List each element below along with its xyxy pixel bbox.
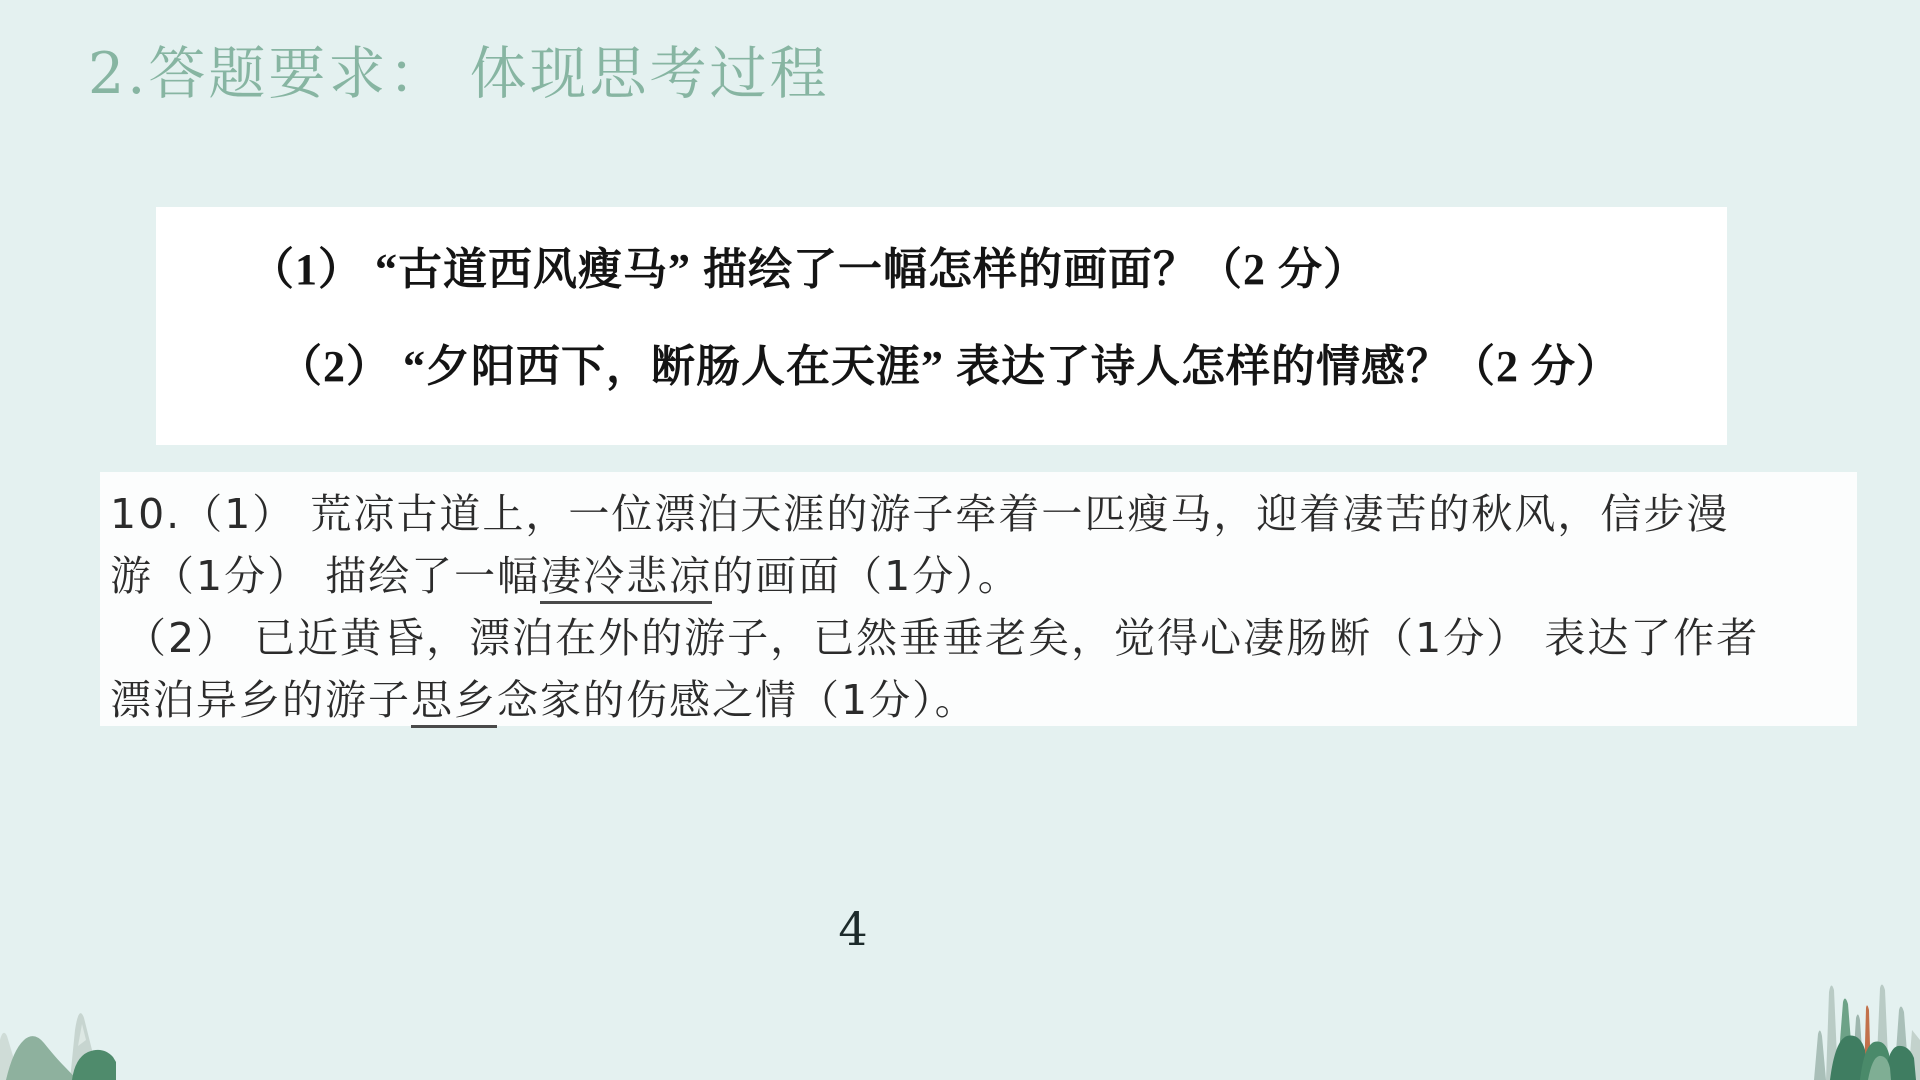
answer-line-4-underlined-term: 思乡 — [411, 676, 497, 728]
answer-box: 10.（1） 荒凉古道上，一位漂泊天涯的游子牵着一匹瘦马，迎着凄苦的秋风，信步漫… — [100, 472, 1857, 726]
answer-line-2-post: 的画面（1分）。 — [712, 552, 1021, 600]
answer-line-2: 游（1分） 描绘了一幅凄冷悲凉的画面（1分）。 — [110, 545, 1839, 607]
watercolor-mountains-bottom-left — [0, 988, 122, 1080]
question-box: （1） “古道西风瘦马” 描绘了一幅怎样的画面？（2 分） （2） “夕阳西下，… — [156, 207, 1727, 445]
answer-line-2-underlined-term: 凄冷悲凉 — [540, 552, 712, 604]
page-number: 4 — [808, 902, 898, 956]
slide-title: 2.答题要求： 体现思考过程 — [88, 28, 830, 110]
question-2: （2） “夕阳西下，断肠人在天涯” 表达了诗人怎样的情感？（2 分） — [278, 338, 1697, 395]
answer-line-1: 10.（1） 荒凉古道上，一位漂泊天涯的游子牵着一匹瘦马，迎着凄苦的秋风，信步漫 — [110, 483, 1839, 545]
answer-line-2-pre: 游（1分） 描绘了一幅 — [110, 552, 540, 600]
question-1: （1） “古道西风瘦马” 描绘了一幅怎样的画面？（2 分） — [250, 241, 1697, 298]
answer-line-4: 漂泊异乡的游子思乡念家的伤感之情（1分）。 — [110, 669, 1839, 731]
answer-line-3: （2） 已近黄昏，漂泊在外的游子，已然垂垂老矣，觉得心凄肠断（1分） 表达了作者 — [110, 607, 1839, 669]
slide-canvas: 2.答题要求： 体现思考过程 （1） “古道西风瘦马” 描绘了一幅怎样的画面？（… — [0, 0, 1920, 1080]
watercolor-trees-bottom-right — [1808, 978, 1920, 1080]
answer-line-4-post: 念家的伤感之情（1分）。 — [497, 676, 978, 724]
answer-line-4-pre: 漂泊异乡的游子 — [110, 676, 411, 724]
